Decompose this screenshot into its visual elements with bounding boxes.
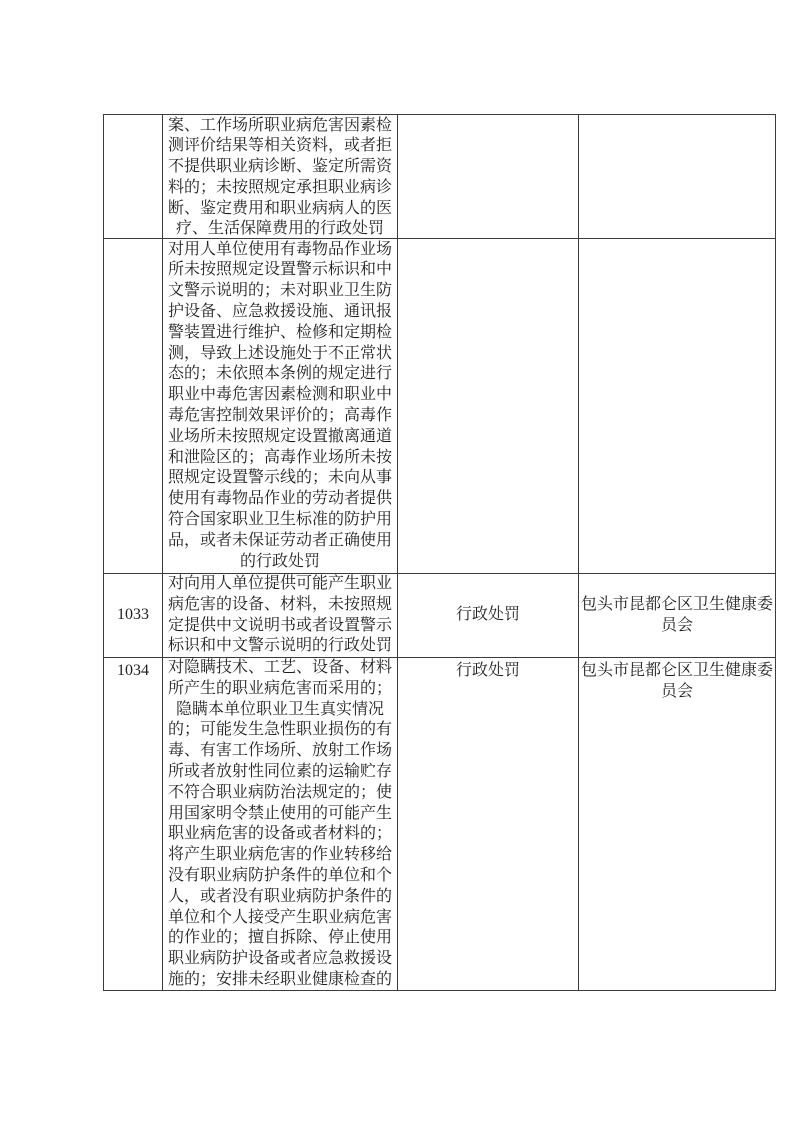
row-id-cell [104,115,163,239]
penalty-type-cell [398,239,579,574]
description-text: 案、工作场所职业病危害因素检测评价结果等相关资料，或者拒不提供职业病诊断、鉴定所… [163,116,397,238]
authority-cell: 包头市昆都仑区卫生健康委员会 [579,574,776,658]
description-cell: 对向用人单位提供可能产生职业病危害的设备、材料，未按照规定提供中文说明书或者设置… [163,574,398,658]
table-row: 对用人单位使用有毒物品作业场所未按照规定设置警示标识和中文警示说明的；未对职业卫… [104,239,776,574]
description-text: 对用人单位使用有毒物品作业场所未按照规定设置警示标识和中文警示说明的；未对职业卫… [163,240,397,573]
row-id-cell [104,239,163,574]
row-id-cell: 1034 [104,658,163,991]
document-page: 案、工作场所职业病危害因素检测评价结果等相关资料，或者拒不提供职业病诊断、鉴定所… [0,0,793,1122]
description-cell: 案、工作场所职业病危害因素检测评价结果等相关资料，或者拒不提供职业病诊断、鉴定所… [163,115,398,239]
table-row: 1034 对隐瞒技术、工艺、设备、材料所产生的职业病危害而采用的； 隐瞒本单位职… [104,658,776,991]
authority-cell [579,239,776,574]
authority-cell [579,115,776,239]
description-text: 对隐瞒技术、工艺、设备、材料所产生的职业病危害而采用的； 隐瞒本单位职业卫生真实… [163,658,397,987]
penalty-type-cell: 行政处罚 [398,574,579,658]
description-cell: 对隐瞒技术、工艺、设备、材料所产生的职业病危害而采用的； 隐瞒本单位职业卫生真实… [163,658,398,991]
penalty-type-cell: 行政处罚 [398,658,579,991]
penalty-items-table: 案、工作场所职业病危害因素检测评价结果等相关资料，或者拒不提供职业病诊断、鉴定所… [103,114,776,991]
description-cell: 对用人单位使用有毒物品作业场所未按照规定设置警示标识和中文警示说明的；未对职业卫… [163,239,398,574]
penalty-type-cell [398,115,579,239]
authority-cell: 包头市昆都仑区卫生健康委员会 [579,658,776,991]
table-row: 1033 对向用人单位提供可能产生职业病危害的设备、材料，未按照规定提供中文说明… [104,574,776,658]
row-id-cell: 1033 [104,574,163,658]
description-text: 对向用人单位提供可能产生职业病危害的设备、材料，未按照规定提供中文说明书或者设置… [163,574,397,657]
table-row: 案、工作场所职业病危害因素检测评价结果等相关资料，或者拒不提供职业病诊断、鉴定所… [104,115,776,239]
